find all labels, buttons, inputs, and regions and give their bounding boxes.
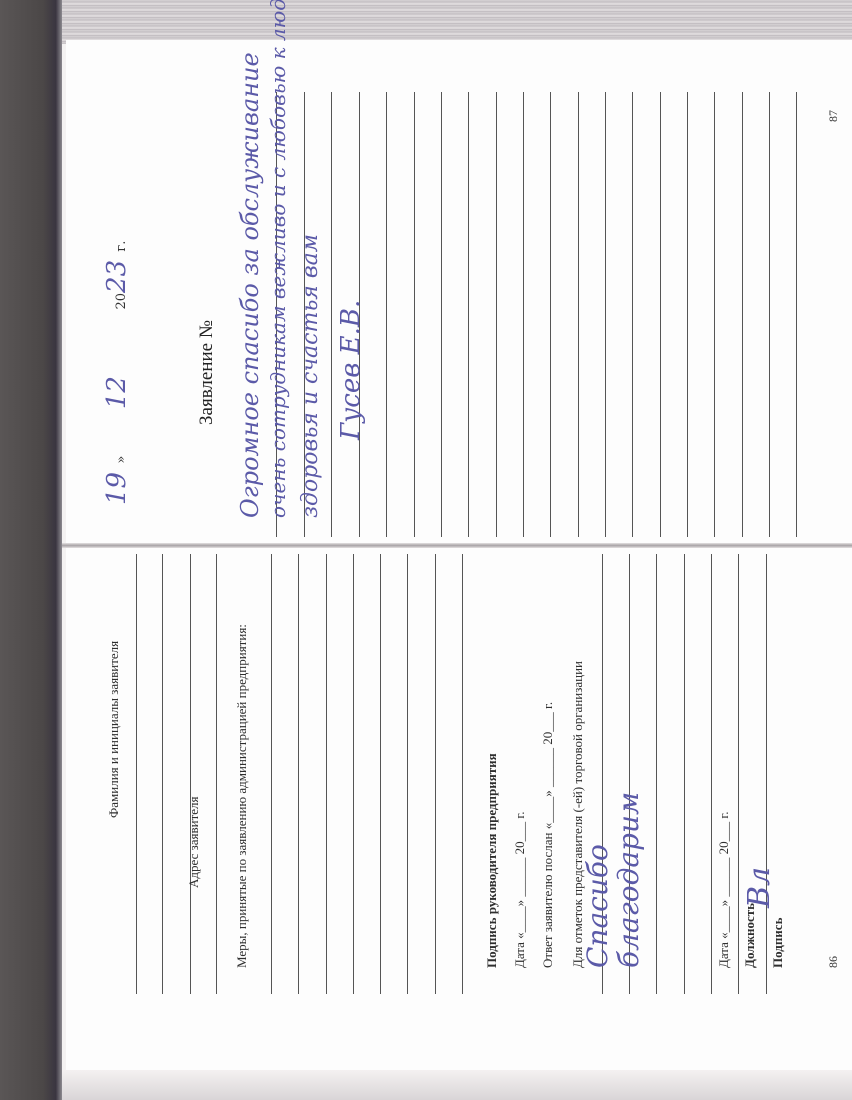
handwritten-line-2: очень сотрудникам вежливо и с любовью к …: [266, 0, 290, 518]
rule-line: [190, 554, 191, 994]
book-page-edges-top: [62, 0, 852, 44]
rule-line: [656, 554, 657, 994]
measures-label: Меры, принятые по заявлению администраци…: [234, 624, 250, 968]
right-page: 19 » 12 2023 г. Заявление № Огромное спа…: [66, 40, 852, 545]
rule-line: [380, 554, 381, 994]
rule-line: [766, 554, 767, 994]
signature-label: Подпись: [770, 918, 786, 968]
handwritten-note-1: Спасибо: [581, 844, 614, 968]
date-label: Дата «____» ______ 20___ г.: [512, 811, 528, 968]
rule-line: [462, 554, 463, 994]
rule-line: [136, 554, 137, 994]
handwritten-note-2: благодарим: [612, 792, 645, 968]
rule-line: [468, 92, 469, 537]
rule-line: [550, 92, 551, 537]
rule-line: [414, 92, 415, 537]
rule-line: [632, 92, 633, 537]
left-page: Фамилия и инициалы заявителя Адрес заяви…: [66, 548, 852, 1073]
handwritten-line-3: здоровья и счастья вам: [298, 234, 323, 518]
rule-line: [687, 92, 688, 537]
rule-line: [353, 554, 354, 994]
rule-line: [660, 92, 661, 537]
statement-title: Заявление №: [196, 320, 218, 425]
rule-line: [441, 92, 442, 537]
rule-line: [742, 92, 743, 537]
rule-line: [605, 92, 606, 537]
date-label-2: Дата «____» ______ 20___ г.: [716, 811, 732, 968]
rule-line: [162, 554, 163, 994]
rule-line: [684, 554, 685, 994]
applicant-name-label: Фамилия и инициалы заявителя: [106, 641, 122, 818]
date-handwritten: 19 » 12 2023 г.: [102, 241, 132, 505]
manager-signature-label: Подпись руководителя предприятия: [484, 753, 500, 968]
position-label: Должность: [742, 903, 758, 968]
rule-line: [496, 92, 497, 537]
rule-line: [298, 554, 299, 994]
scanner-edge: [0, 0, 62, 1100]
rule-line: [216, 554, 217, 994]
rule-line: [714, 92, 715, 537]
rule-line: [711, 554, 712, 994]
rule-line: [738, 554, 739, 994]
rule-line: [769, 92, 770, 537]
page-number-right: 87: [826, 110, 841, 122]
rule-line: [796, 92, 797, 537]
rule-line: [578, 92, 579, 537]
handwritten-signature-mark: Вл: [742, 867, 777, 908]
rule-line: [386, 92, 387, 537]
rule-line: [523, 92, 524, 537]
rule-line: [435, 554, 436, 994]
handwritten-line-1: Огромное спасибо за обслуживание: [236, 52, 264, 518]
page-number-left: 86: [826, 956, 841, 968]
handwritten-signature: Гусев Е.В.: [336, 300, 366, 440]
applicant-address-label: Адрес заявителя: [186, 796, 202, 888]
rule-line: [271, 554, 272, 994]
reply-sent-label: Ответ заявителю послан «____» ______ 20_…: [540, 702, 556, 968]
rule-line: [326, 554, 327, 994]
book-page-edges-bottom: [62, 1070, 852, 1100]
rule-line: [407, 554, 408, 994]
rule-line: [331, 92, 332, 537]
